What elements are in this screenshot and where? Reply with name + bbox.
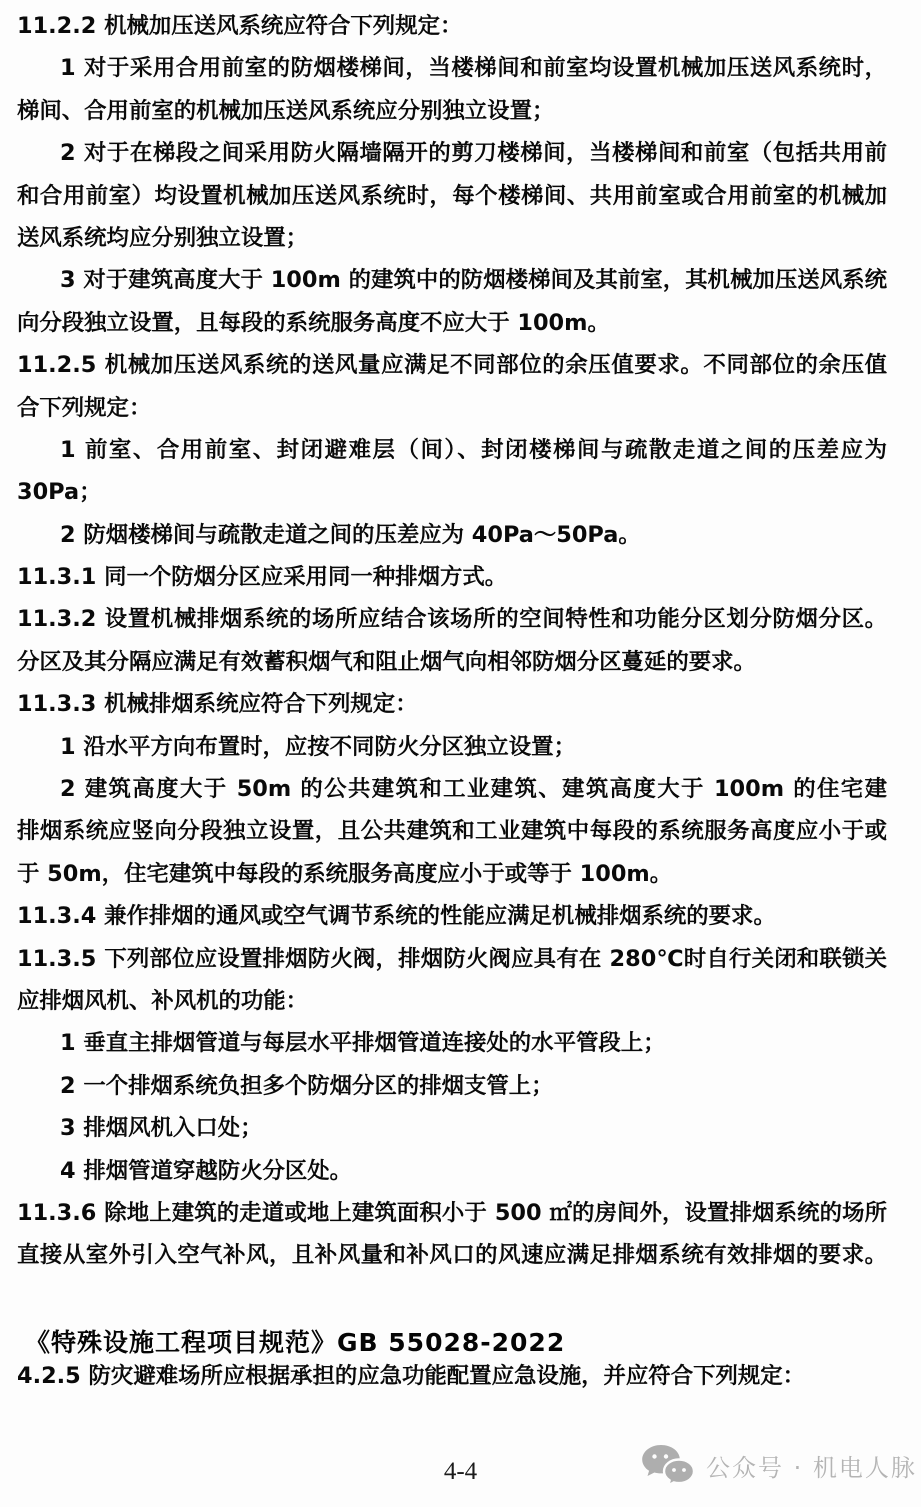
text-line: 30Pa； (17, 471, 887, 513)
text-line: 1 沿水平方向布置时，应按不同防火分区独立设置； (17, 726, 887, 768)
document-page: 11.2.2 机械加压送风系统应符合下列规定：1 对于采用合用前室的防烟楼梯间，… (0, 0, 921, 1507)
text-line: 11.2.5 机械加压送风系统的送风量应满足不同部位的余压值要求。不同部位的余压… (17, 344, 887, 386)
text-line: 4 排烟管道穿越防火分区处。 (17, 1150, 887, 1192)
text-line: 直接从室外引入空气补风，且补风量和补风口的风速应满足排烟系统有效排烟的要求。 (17, 1234, 887, 1276)
text-line: 2 建筑高度大于 50m 的公共建筑和工业建筑、建筑高度大于 100m 的住宅建… (17, 768, 887, 810)
text-line: 应排烟风机、补风机的功能： (17, 980, 887, 1022)
text-line: 3 排烟风机入口处； (17, 1107, 887, 1149)
clause-4-2-5-line: 4.2.5 防灾避难场所应根据承担的应急功能配置应急设施，并应符合下列规定： (17, 1355, 887, 1397)
text-line: 11.3.1 同一个防烟分区应采用同一种排烟方式。 (17, 556, 887, 598)
wechat-icon (641, 1444, 695, 1486)
text-line: 1 前室、合用前室、封闭避难层（间）、封闭楼梯间与疏散走道之间的压差应为 25P… (17, 429, 887, 471)
text-line: 11.3.4 兼作排烟的通风或空气调节系统的性能应满足机械排烟系统的要求。 (17, 895, 887, 937)
text-line: 11.2.2 机械加压送风系统应符合下列规定： (17, 5, 887, 47)
text-line: 11.3.3 机械排烟系统应符合下列规定： (17, 683, 887, 725)
text-line: 向分段独立设置，且每段的系统服务高度不应大于 100m。 (17, 302, 887, 344)
text-line: 1 对于采用合用前室的防烟楼梯间，当楼梯间和前室均设置机械加压送风系统时，楼 (17, 47, 887, 89)
text-line: 2 对于在梯段之间采用防火隔墙隔开的剪刀楼梯间，当楼梯间和前室（包括共用前室 (17, 132, 887, 174)
text-line: 11.3.5 下列部位应设置排烟防火阀，排烟防火阀应具有在 280℃时自行关闭和… (17, 938, 887, 980)
text-line: 2 防烟楼梯间与疏散走道之间的压差应为 40Pa～50Pa。 (17, 514, 887, 556)
text-line: 梯间、合用前室的机械加压送风系统应分别独立设置； (17, 90, 887, 132)
text-line: 1 垂直主排烟管道与每层水平排烟管道连接处的水平管段上； (17, 1022, 887, 1064)
text-line: 2 一个排烟系统负担多个防烟分区的排烟支管上； (17, 1065, 887, 1107)
text-line: 11.3.6 除地上建筑的走道或地上建筑面积小于 500 ㎡的房间外，设置排烟系… (17, 1192, 887, 1234)
text-line: 于 50m，住宅建筑中每段的系统服务高度应小于或等于 100m。 (17, 853, 887, 895)
text-line: 合下列规定： (17, 387, 887, 429)
text-line: 送风系统均应分别独立设置； (17, 217, 887, 259)
text-line: 排烟系统应竖向分段独立设置，且公共建筑和工业建筑中每段的系统服务高度应小于或等 (17, 810, 887, 852)
text-line: 11.3.2 设置机械排烟系统的场所应结合该场所的空间特性和功能分区划分防烟分区… (17, 598, 887, 640)
body-text: 11.2.2 机械加压送风系统应符合下列规定：1 对于采用合用前室的防烟楼梯间，… (17, 5, 887, 1277)
text-line: 3 对于建筑高度大于 100m 的建筑中的防烟楼梯间及其前室，其机械加压送风系统… (17, 259, 887, 301)
wechat-watermark: 公众号 · 机电人脉 (641, 1443, 917, 1487)
text-line: 和合用前室）均设置机械加压送风系统时，每个楼梯间、共用前室或合用前室的机械加压 (17, 175, 887, 217)
watermark-text: 公众号 · 机电人脉 (706, 1448, 917, 1483)
text-line: 分区及其分隔应满足有效蓄积烟气和阻止烟气向相邻防烟分区蔓延的要求。 (17, 641, 887, 683)
